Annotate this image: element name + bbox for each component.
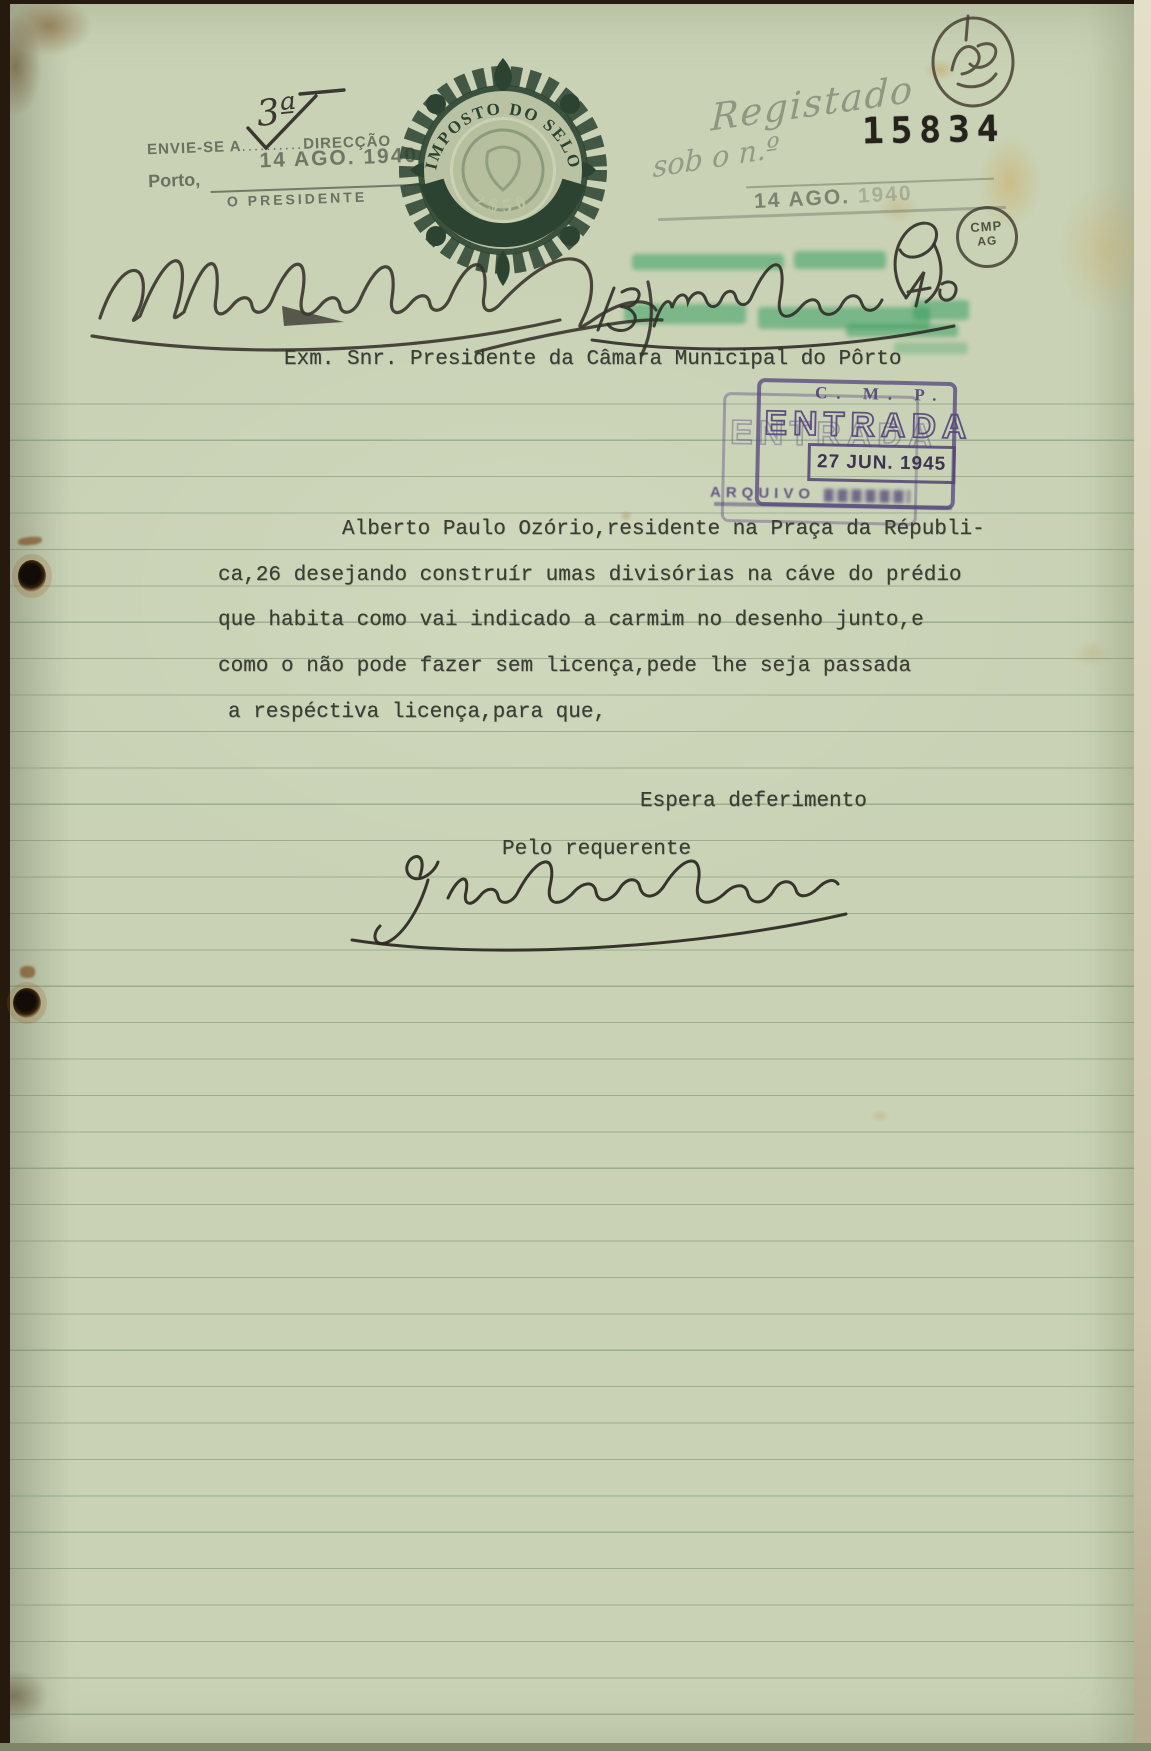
body-line: a respéctiva licença,para que, — [218, 690, 998, 736]
body-line: ca,26 desejando construír umas divisória… — [218, 553, 998, 599]
imposto-do-selo-seal: IMPOSTO DO SELO 2$50 — [392, 52, 614, 292]
envie-se-label: ENVIE-SE A — [147, 138, 242, 158]
porto-label: Porto, — [148, 169, 201, 192]
body-line: como o não pode fazer sem licença,pede l… — [218, 644, 998, 690]
arquivo-smudge — [824, 488, 910, 502]
green-stamp-smudge — [913, 300, 969, 320]
body-line: que habita como vai indicado a carmim no… — [218, 598, 998, 644]
entrada-date-box: 27 JUN. 1945 — [807, 443, 956, 484]
green-stamp-smudge — [794, 251, 886, 269]
scanned-document-page: ENVIE-SE A..........DIRECÇÃO 14 AGO. 194… — [0, 0, 1151, 1751]
o-presidente-label: O PRESIDENTE — [227, 189, 368, 210]
scan-edge-bottom — [0, 1743, 1151, 1751]
arquivo-label: ARQUIVO — [710, 484, 824, 503]
petition-body: Alberto Paulo Ozório,residente na Praça … — [218, 507, 998, 736]
ag-label: AG — [959, 232, 1016, 250]
registration-number: 15834 — [862, 109, 1006, 152]
cmp-ag-stamp: CMP AG — [954, 204, 1020, 270]
punch-hole-top — [18, 560, 46, 592]
espera-deferimento: Espera deferimento — [640, 790, 867, 813]
punch-hole-bottom — [13, 988, 41, 1018]
scan-edge-right — [1134, 0, 1151, 1751]
rust-mark — [18, 536, 43, 546]
body-line: Alberto Paulo Ozório,residente na Praça … — [218, 507, 998, 553]
green-stamp-smudge — [632, 254, 784, 270]
entrada-word: ENTRADA — [760, 400, 1001, 449]
rust-mark — [20, 966, 35, 978]
green-stamp-smudge — [894, 342, 968, 354]
green-stamp-smudge — [846, 324, 958, 337]
reg-date-daymonth: 14 AGO. — [753, 185, 850, 213]
entrada-word-text: ENTRADA — [764, 404, 973, 446]
green-stamp-smudge — [624, 304, 746, 324]
reg-date-year: 1940 — [857, 182, 913, 208]
addressee-line: Exm. Snr. Presidente da Câmara Municipal… — [284, 348, 902, 371]
paper: ENVIE-SE A..........DIRECÇÃO 14 AGO. 194… — [10, 4, 1135, 1744]
pelo-requerente: Pelo requerente — [502, 838, 691, 861]
